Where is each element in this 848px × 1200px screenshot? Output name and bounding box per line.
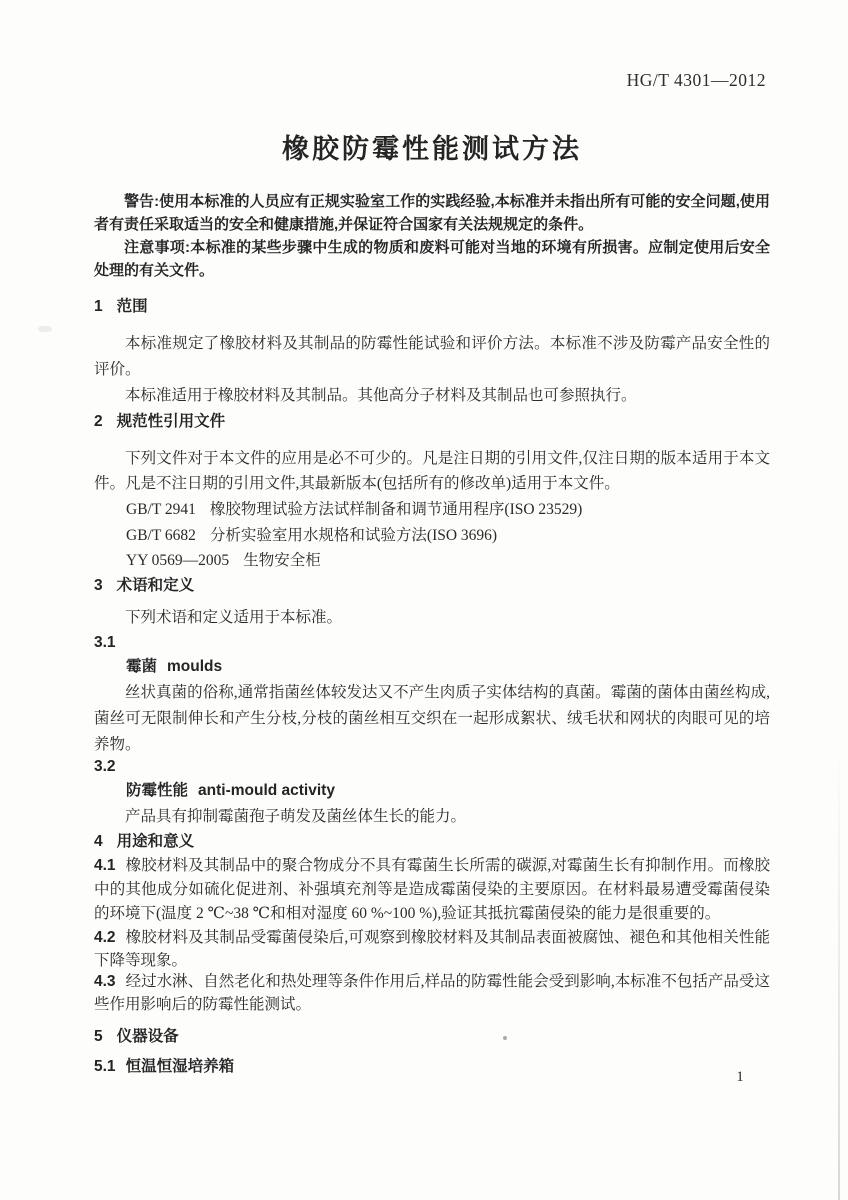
reference-item: YY 0569—2005生物安全柜 xyxy=(94,548,770,574)
reference-item: GB/T 2941橡胶物理试验方法试样制备和调节通用程序(ISO 23529) xyxy=(94,497,770,523)
section-title: 规范性引用文件 xyxy=(117,413,226,430)
references-list: GB/T 2941橡胶物理试验方法试样制备和调节通用程序(ISO 23529) … xyxy=(94,497,770,574)
section-4-heading: 4用途和意义 xyxy=(94,830,770,854)
references-intro: 下列文件对于本文件的应用是必不可少的。凡是注日期的引用文件,仅注日期的版本适用于… xyxy=(94,446,770,496)
section-number: 5 xyxy=(94,1028,103,1045)
section-title: 术语和定义 xyxy=(117,577,195,594)
term-3-2-number: 3.2 xyxy=(94,755,770,779)
clause-number: 4.2 xyxy=(94,929,116,946)
clause-number: 4.1 xyxy=(94,857,116,874)
foreword-block: 警告:使用本标准的人员应有正规实验室工作的实践经验,本标准并未指出所有可能的安全… xyxy=(94,190,770,282)
reference-code: GB/T 6682 xyxy=(126,527,196,544)
reference-code: YY 0569—2005 xyxy=(126,552,229,569)
term-en: moulds xyxy=(167,658,222,675)
clause-4-2: 4.2橡胶材料及其制品受霉菌侵染后,可观察到橡胶材料及其制品表面被腐蚀、褪色和其… xyxy=(94,926,770,972)
page-content: 橡胶防霉性能测试方法 警告:使用本标准的人员应有正规实验室工作的实践经验,本标准… xyxy=(94,0,770,1079)
reference-title: 分析实验室用水规格和试验方法(ISO 3696) xyxy=(210,527,497,544)
scan-artifact xyxy=(38,326,52,332)
reference-code: GB/T 2941 xyxy=(126,501,196,518)
section-title: 仪器设备 xyxy=(117,1028,179,1045)
section-3-heading: 3术语和定义 xyxy=(94,574,770,598)
terms-intro: 下列术语和定义适用于本标准。 xyxy=(94,605,770,631)
document-title: 橡胶防霉性能测试方法 xyxy=(94,130,770,168)
reference-title: 生物安全柜 xyxy=(243,552,321,569)
warning-paragraph: 警告:使用本标准的人员应有正规实验室工作的实践经验,本标准并未指出所有可能的安全… xyxy=(94,190,770,236)
clause-number: 4.3 xyxy=(94,973,116,990)
document-page: HG/T 4301—2012 橡胶防霉性能测试方法 警告:使用本标准的人员应有正… xyxy=(0,0,848,1200)
subsection-title: 恒温恒湿培养箱 xyxy=(126,1058,235,1075)
scope-paragraph-1: 本标准规定了橡胶材料及其制品的防霉性能试验和评价方法。本标准不涉及防霉产品安全性… xyxy=(94,331,770,383)
page-number: 1 xyxy=(730,1066,750,1088)
term-zh: 霉菌 xyxy=(126,658,157,675)
clause-4-1: 4.1橡胶材料及其制品中的聚合物成分不具有霉菌生长所需的碳源,对霉菌生长有抑制作… xyxy=(94,854,770,926)
term-zh: 防霉性能 xyxy=(126,782,188,799)
section-number: 4 xyxy=(94,833,103,850)
section-number: 1 xyxy=(94,298,103,315)
section-2-heading: 2规范性引用文件 xyxy=(94,410,770,434)
section-5-heading: 5仪器设备 xyxy=(94,1025,770,1049)
scope-paragraph-2: 本标准适用于橡胶材料及其制品。其他高分子材料及其制品也可参照执行。 xyxy=(94,383,770,409)
term-en: anti-mould activity xyxy=(198,782,335,799)
term-3-2-definition: 产品具有抑制霉菌孢子萌发及菌丝体生长的能力。 xyxy=(94,804,770,830)
term-3-1-number: 3.1 xyxy=(94,631,770,655)
clause-4-3: 4.3经过水淋、自然老化和热处理等条件作用后,样品的防霉性能会受到影响,本标准不… xyxy=(94,970,770,1016)
note-paragraph: 注意事项:本标准的某些步骤中生成的物质和废料可能对当地的环境有所损害。应制定使用… xyxy=(94,236,770,282)
clause-text: 橡胶材料及其制品受霉菌侵染后,可观察到橡胶材料及其制品表面被腐蚀、褪色和其他相关… xyxy=(94,929,770,969)
section-number: 3 xyxy=(94,577,103,594)
term-3-2-title: 防霉性能anti-mould activity xyxy=(94,779,770,803)
reference-title: 橡胶物理试验方法试样制备和调节通用程序(ISO 23529) xyxy=(210,501,582,518)
term-3-1-definition: 丝状真菌的俗称,通常指菌丝体较发达又不产生肉质子实体结构的真菌。霉菌的菌体由菌丝… xyxy=(94,680,770,758)
subsection-number: 5.1 xyxy=(94,1058,116,1075)
reference-item: GB/T 6682分析实验室用水规格和试验方法(ISO 3696) xyxy=(94,523,770,549)
section-title: 范围 xyxy=(117,298,148,315)
clause-text: 经过水淋、自然老化和热处理等条件作用后,样品的防霉性能会受到影响,本标准不包括产… xyxy=(94,973,770,1013)
subsection-5-1-heading: 5.1恒温恒湿培养箱 xyxy=(94,1055,770,1079)
clause-text: 橡胶材料及其制品中的聚合物成分不具有霉菌生长所需的碳源,对霉菌生长有抑制作用。而… xyxy=(94,857,770,922)
section-1-heading: 1范围 xyxy=(94,295,770,319)
term-3-1-title: 霉菌moulds xyxy=(94,655,770,679)
section-title: 用途和意义 xyxy=(117,833,195,850)
section-number: 2 xyxy=(94,413,103,430)
